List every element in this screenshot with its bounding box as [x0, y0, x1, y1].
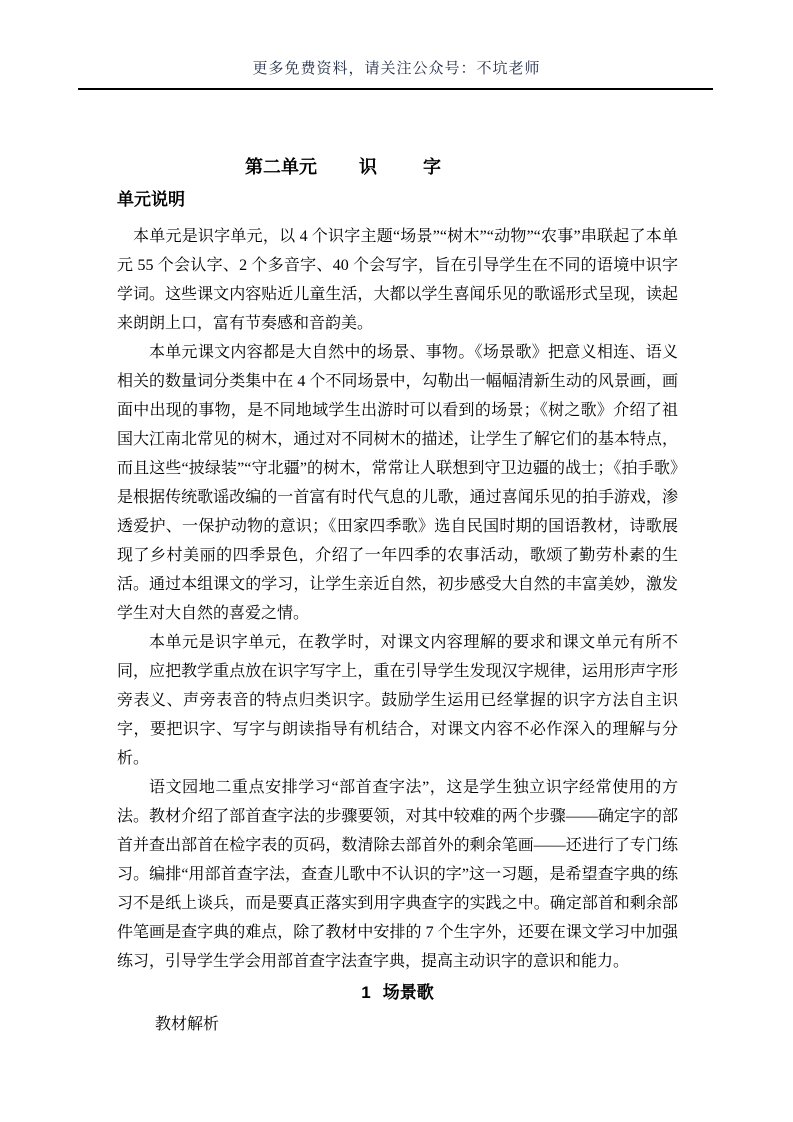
- unit-title-unit: 第二单元: [245, 157, 317, 177]
- lesson-number: 1: [361, 983, 370, 1002]
- unit-title: 第二单元识 字: [245, 152, 678, 182]
- document-body: 第二单元识 字 单元说明 本单元是识字单元，以 4 个识字主题“场景”“树木”“…: [117, 152, 678, 1039]
- paragraph-dictionary-method: 语文园地二重点安排学习“部首查字法”，这是学生独立识字经常使用的方法。教材介绍了…: [117, 773, 678, 976]
- lesson-title: 1场景歌: [117, 978, 678, 1008]
- header-notice: 更多免费资料，请关注公众号：不坑老师: [0, 56, 793, 82]
- lesson-name: 场景歌: [383, 983, 434, 1002]
- subheading-textbook-analysis: 教材解析: [117, 1010, 678, 1039]
- paragraph-unit-overview: 本单元是识字单元，以 4 个识字主题“场景”“树木”“动物”“农事”串联起了本单…: [117, 222, 678, 338]
- paragraph-teaching-focus: 本单元是识字单元，在教学时，对课文内容理解的要求和课文单元有所不同，应把教学重点…: [117, 628, 678, 773]
- unit-title-subject: 识 字: [359, 157, 455, 177]
- paragraph-texts-content: 本单元课文内容都是大自然中的场景、事物。《场景歌》把意义相连、语义相关的数量词分…: [117, 338, 678, 628]
- section-heading-unit-description: 单元说明: [117, 184, 678, 216]
- header-rule: [78, 88, 713, 90]
- document-page: { "header": { "notice": "更多免费资料，请关注公众号：不…: [0, 0, 793, 1122]
